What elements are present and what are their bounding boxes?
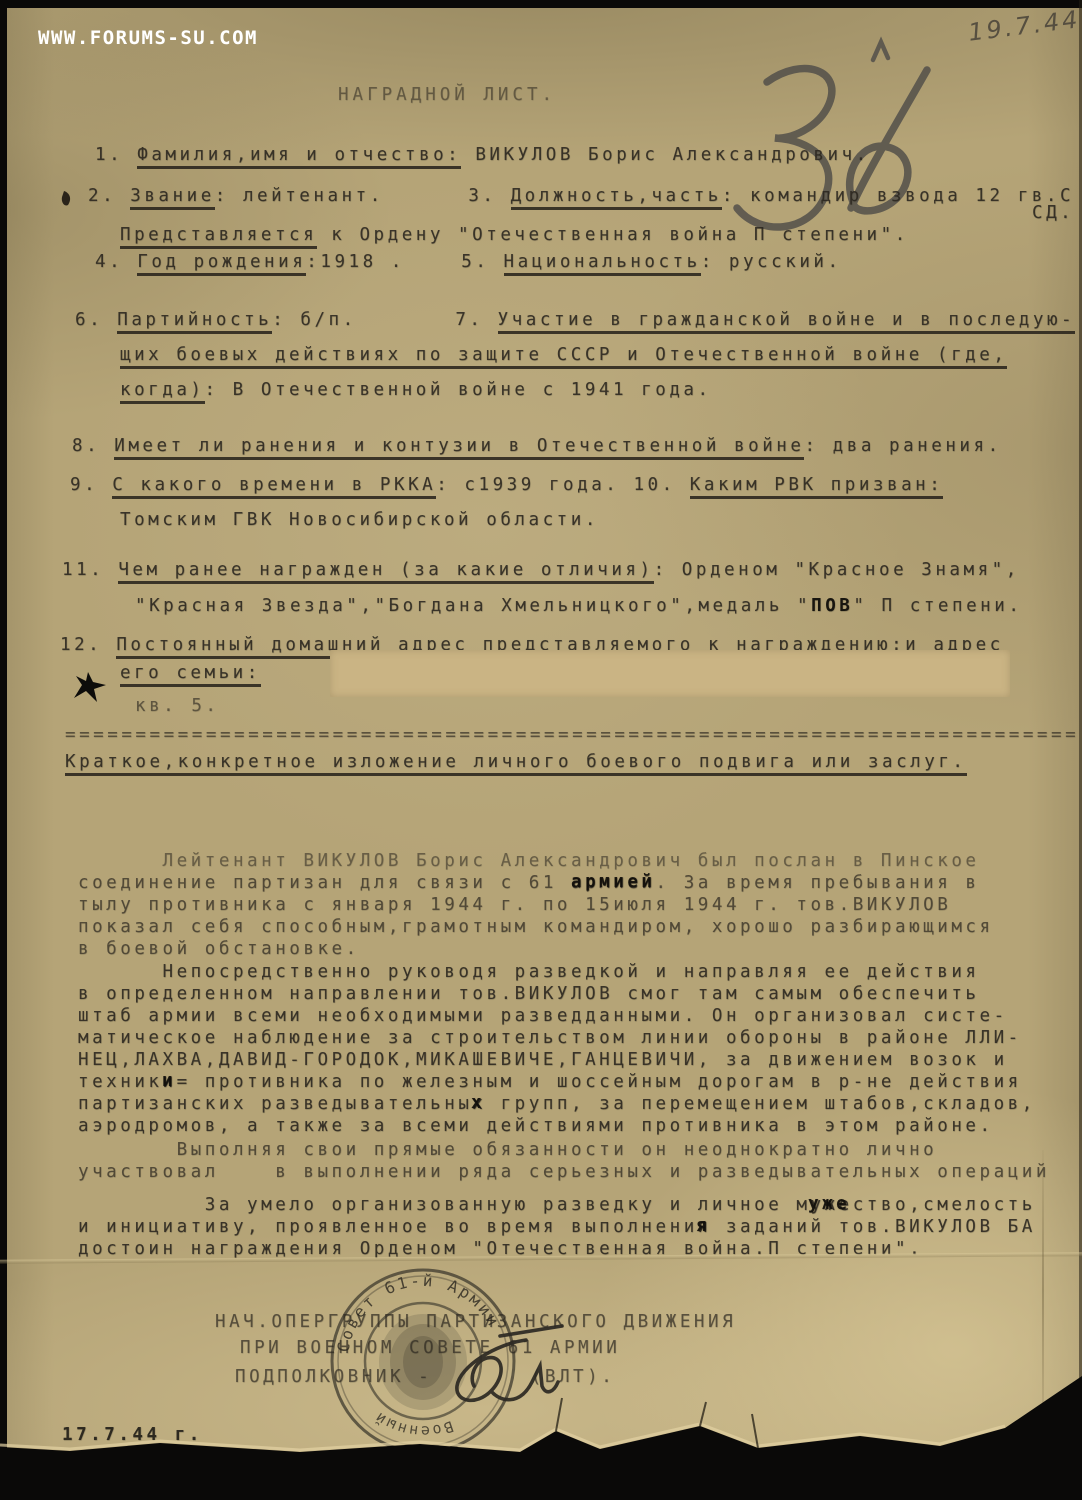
- form-line-4: 4. Год рождения:1918 . 5. Национальность…: [95, 251, 842, 273]
- form-line-2: 2. Звание: лейтенант. 3. Должность,часть…: [88, 185, 1074, 207]
- body-p2-line: аэродромов, а также за всеми действиями …: [78, 1115, 994, 1137]
- body-p2-line: техники= противника по железным и шоссей…: [78, 1071, 1022, 1093]
- item-number: 1.: [95, 145, 137, 165]
- item-number: 7.: [455, 310, 497, 330]
- body-p3-line: Выполняя свои прямые обязанности он неод…: [78, 1139, 937, 1161]
- field-value-prior-awards: : Орденом "Красное Знамя",: [654, 560, 1020, 580]
- paper-speck: [60, 190, 74, 208]
- form-line-11-cont: "Красная Звезда","Богдана Хмельницкого",…: [135, 595, 1022, 617]
- overstruck-medal-abbr: ПОВ: [811, 596, 853, 616]
- form-line-2-wrap: СД.: [1032, 202, 1074, 224]
- item-number: 11.: [62, 560, 118, 580]
- handwritten-date-top: 19.7.44: [967, 5, 1082, 47]
- form-line-9-cont: Томским ГВК Новосибирской области.: [120, 509, 599, 531]
- item-number: 5.: [461, 252, 503, 272]
- overstrike-word: и: [162, 1071, 176, 1091]
- field-label-drafted: Каким РВК призван:: [690, 475, 944, 499]
- field-label-position: Должность,часть: [511, 186, 722, 210]
- field-label-party: Партийность: [117, 310, 272, 334]
- section-heading-text: Краткое,конкретное изложение личного бое…: [65, 752, 967, 776]
- scan-edge-top: [0, 0, 1082, 8]
- body-p2-line: Непосредственно руководя разведкой и нап…: [78, 961, 980, 983]
- body-p1-line: соединение партизан для связи с 61 армие…: [78, 872, 980, 894]
- overstrike-word: я: [696, 1216, 710, 1236]
- body-p2-line: партизанских разведывательных групп, за …: [78, 1093, 1036, 1115]
- body-p4-line: За умело организованную разведку и лично…: [78, 1194, 1036, 1216]
- item-number: 10.: [633, 475, 689, 495]
- overstrike-word: армией: [571, 872, 656, 892]
- body-p4-line: и инициативу, проявленное во время выпол…: [78, 1216, 1036, 1238]
- form-line-9: 9. С какого времени в РККА: с1939 года. …: [70, 474, 943, 496]
- field-label-name: Фамилия,имя и отчество:: [137, 145, 461, 169]
- field-label-birthyear: Год рождения: [137, 252, 306, 276]
- field-label-recommended: Представляется: [120, 225, 317, 249]
- form-line-1: 1. Фамилия,имя и отчество: ВИКУЛОВ Борис…: [95, 144, 870, 166]
- overstrike-word: уже: [808, 1194, 850, 1214]
- torn-bottom-edge: [0, 1340, 1082, 1500]
- field-value-order: к Ордену "Отечественная война П степени"…: [317, 225, 909, 245]
- field-label-wounds: Имеет ли ранения и контузии в Отечествен…: [114, 436, 804, 460]
- field-label-rkka: С какого времени в РККА: [112, 475, 436, 499]
- body-p2-line: в определенном направлении тов.ВИКУЛОВ с…: [78, 983, 980, 1005]
- field-label-participation-cont: щих боевых действиях по защите СССР и От…: [120, 345, 1007, 369]
- body-p2-line: штаб армии всеми необходимыми разведданн…: [78, 1005, 1008, 1027]
- item-number: 3.: [468, 186, 510, 206]
- overstrike-word: х: [471, 1093, 485, 1113]
- ink-blot: [72, 670, 112, 710]
- field-label-prior-awards: Чем ранее награжден (за какие отличия): [118, 560, 653, 584]
- form-line-8: 8. Имеет ли ранения и контузии в Отечест…: [72, 435, 1002, 457]
- form-line-6: 6. Партийность: б/п. 7. Участие в гражда…: [75, 309, 1075, 331]
- body-p1-line: тылу противника с января 1944 г. по 15ию…: [78, 894, 951, 916]
- field-value-participation: : В Отечественной войне с 1941 года.: [205, 380, 712, 400]
- item-number: 12.: [60, 635, 116, 655]
- item-number: 2.: [88, 186, 130, 206]
- body-p1-line: Лейтенант ВИКУЛОВ Борис Александрович бы…: [78, 850, 980, 872]
- field-value-birthyear: :1918 .: [306, 252, 461, 272]
- field-value-awards-degree: " П степени.: [853, 596, 1022, 616]
- watermark-text: WWW.FORUMS-SU.COM: [38, 27, 258, 49]
- form-line-recommendation: Представляется к Ордену "Отечественная в…: [120, 224, 909, 246]
- field-label-nationality: Национальность: [504, 252, 701, 276]
- form-line-12-cont: его семьи:: [120, 662, 261, 684]
- redacted-address-box: [330, 650, 1010, 697]
- form-line-6-cont2: когда): В Отечественной войне с 1941 год…: [120, 379, 712, 401]
- field-label-when: когда): [120, 380, 205, 404]
- item-number: 4.: [95, 252, 137, 272]
- item-number: 9.: [70, 475, 112, 495]
- field-value-wounds: : два ранения.: [804, 436, 1001, 456]
- body-p3-line: участвовал в выполнении ряда серьезных и…: [78, 1161, 1050, 1183]
- body-p2-line: НЕЦ,ЛАХВА,ДАВИД-ГОРОДОК,МИКАШЕВИЧЕ,ГАНЦЕ…: [78, 1049, 1008, 1071]
- field-label-family: его семьи:: [120, 663, 261, 687]
- typed-divider: ========================================…: [65, 724, 1079, 746]
- document-title: НАГРАДНОЙ ЛИСТ.: [338, 84, 556, 106]
- field-value-nationality: : русский.: [701, 252, 842, 272]
- body-p1-line: в боевой обстановке.: [78, 938, 360, 960]
- scan-edge-left: [0, 0, 7, 1500]
- body-p2-line: матическое наблюдение за строительством …: [78, 1027, 1022, 1049]
- field-value-position: : командир взвода 12 гв.С: [722, 186, 1074, 206]
- form-line-11: 11. Чем ранее награжден (за какие отличи…: [62, 559, 1020, 581]
- form-line-12-apartment: кв. 5.: [135, 695, 220, 717]
- item-number: 8.: [72, 436, 114, 456]
- field-value-name: ВИКУЛОВ Борис Александрович.: [461, 145, 870, 165]
- scanned-award-document: WWW.FORUMS-SU.COM 19.7.44 НАГРАДНОЙ ЛИСТ…: [0, 0, 1082, 1500]
- field-value-awards-list: "Красная Звезда","Богдана Хмельницкого",…: [135, 596, 811, 616]
- field-label-rank: Звание: [130, 186, 215, 210]
- field-value-party: : б/п.: [272, 310, 455, 330]
- field-value-rkka: : с1939 года.: [436, 475, 633, 495]
- section-heading: Краткое,конкретное изложение личного бое…: [65, 751, 967, 773]
- form-line-6-cont1: щих боевых действиях по защите СССР и От…: [120, 344, 1007, 366]
- body-p1-line: показал себя способным,грамотным команди…: [78, 916, 994, 938]
- field-value-rank: : лейтенант.: [215, 186, 469, 206]
- field-label-participation: Участие в гражданской войне и в последую…: [498, 310, 1076, 334]
- item-number: 6.: [75, 310, 117, 330]
